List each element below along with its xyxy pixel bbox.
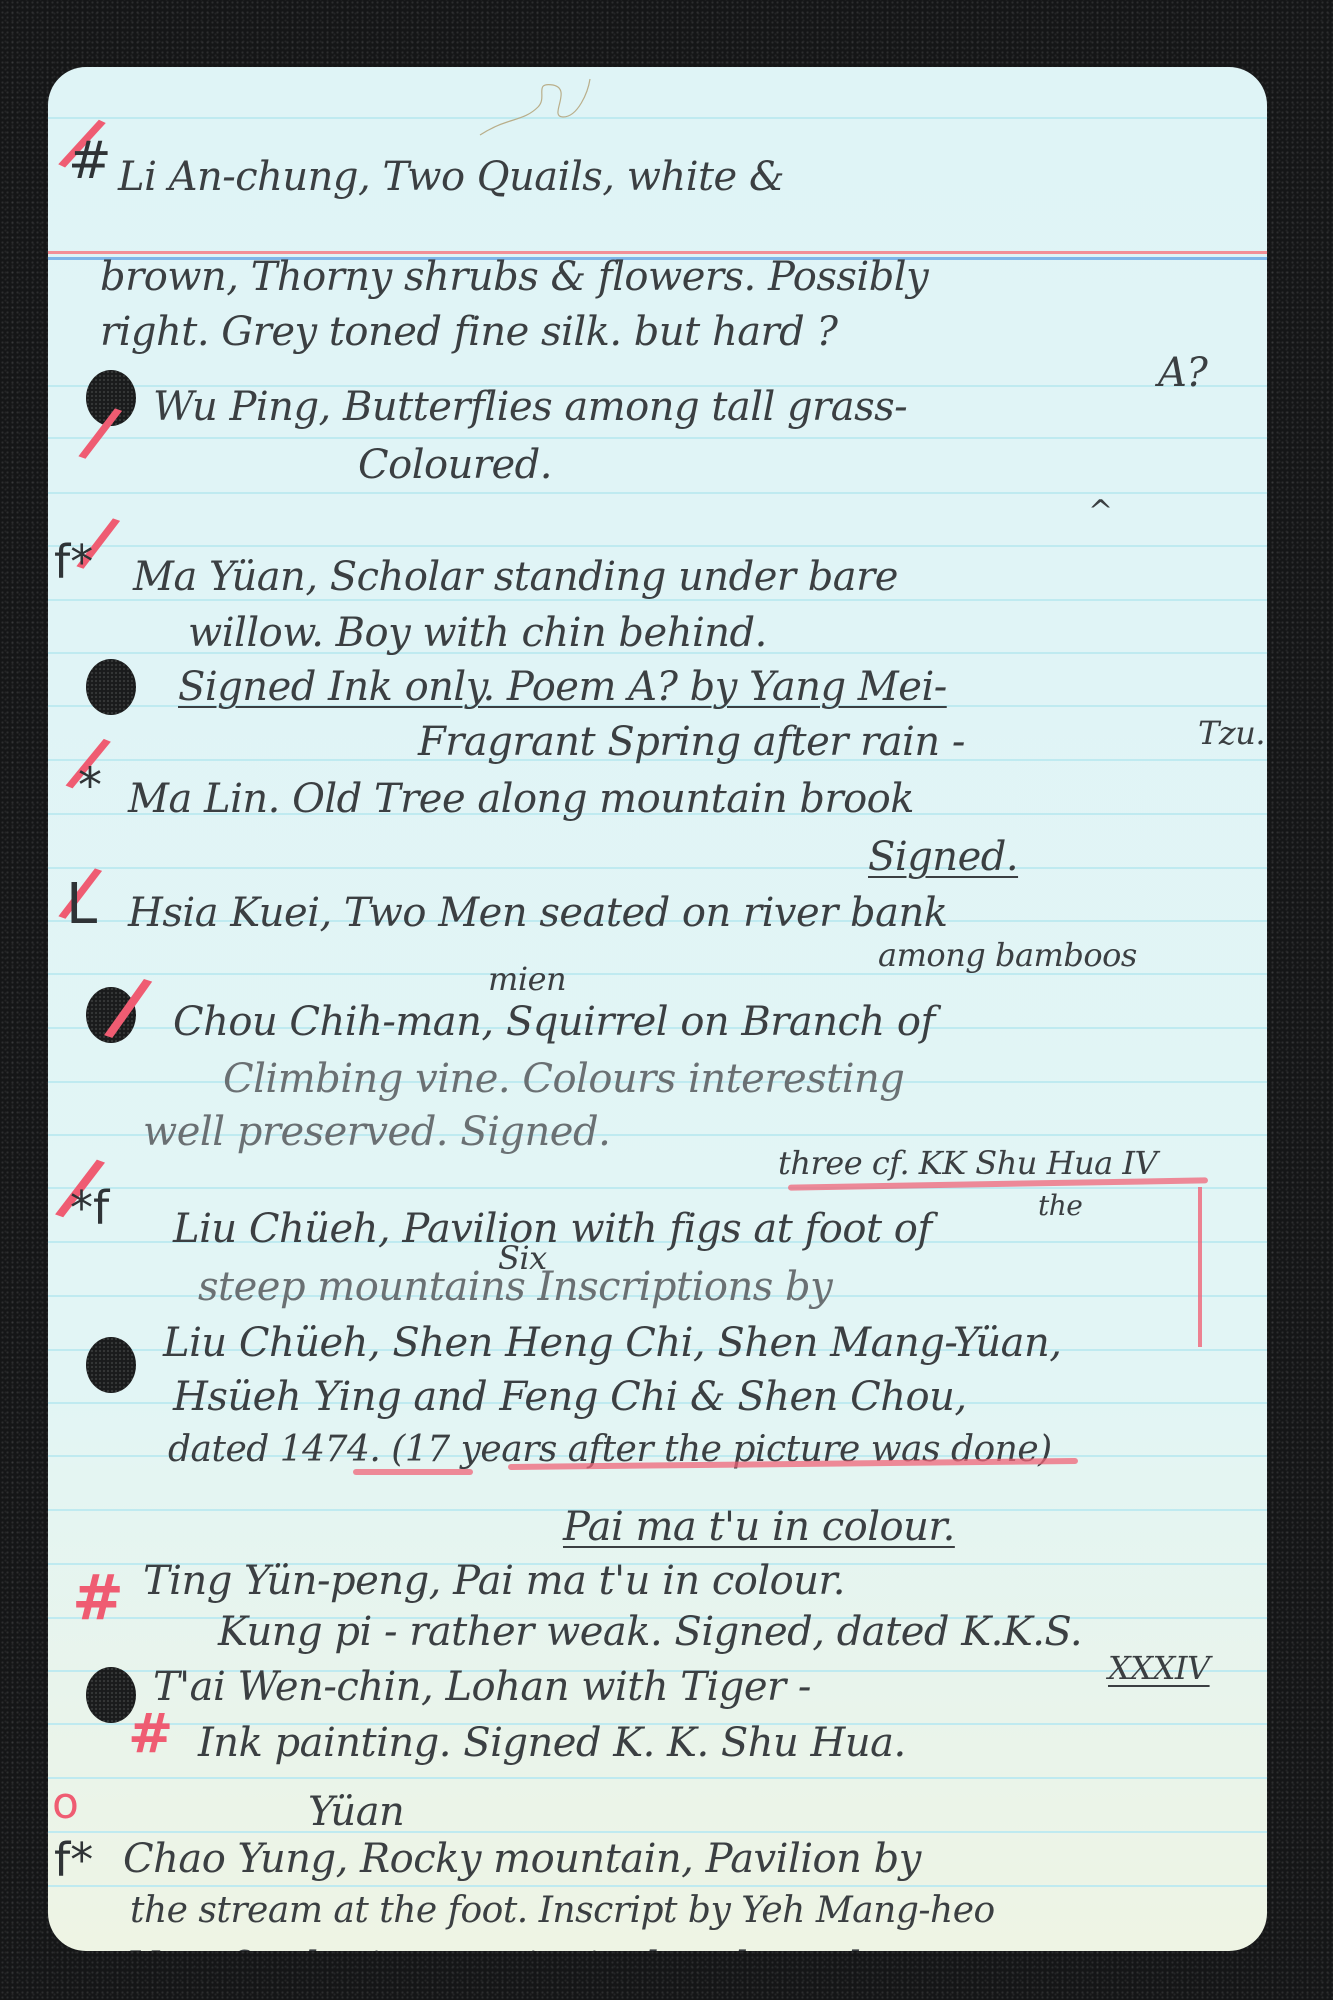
entry-line: Li An-chung, Two Quails, white &: [118, 157, 784, 197]
margin-bracket-mark: L: [66, 877, 97, 933]
red-hash-mark: #: [128, 1707, 173, 1761]
insertion-above: Fragrant Spring after rain -: [418, 722, 965, 762]
entry-line: steep mountains Inscriptions by: [198, 1267, 832, 1307]
red-underline: [353, 1469, 473, 1475]
rule-line: [48, 1777, 1267, 1779]
insertion-above: three cf. KK Shu Hua IV: [778, 1147, 1157, 1179]
entry-line: brown, Thorny shrubs & flowers. Possibly: [100, 257, 928, 297]
entry-line: Chou Chih-man, Squirrel on Branch of: [173, 1002, 935, 1042]
insertion-above: Yüan: [308, 1792, 404, 1832]
margin-star-mark: *f: [70, 1185, 109, 1231]
insertion-caret: ^: [1088, 497, 1113, 527]
red-hash-mark: #: [72, 1567, 124, 1629]
entry-line: among bamboos: [878, 939, 1137, 971]
entry-line: right. Grey toned fine silk. but hard ?: [100, 312, 837, 352]
insertion-above: the: [1038, 1192, 1082, 1220]
punch-hole: [86, 659, 136, 715]
rule-line: [48, 492, 1267, 494]
rule-line: [48, 545, 1267, 547]
entry-line: the stream at the foot. Inscript by Yeh …: [130, 1893, 995, 1929]
entry-line: Kung pi - rather weak. Signed, dated K.K…: [218, 1612, 1082, 1652]
entry-line: Liu Chüeh, Pavilion with figs at foot of: [173, 1209, 932, 1249]
entry-line: Very fresh - impressionist brush work ++: [128, 1947, 950, 1951]
red-margin-bracket: [1198, 1187, 1202, 1347]
rule-line: [48, 117, 1267, 119]
rule-line: [48, 437, 1267, 439]
entry-line: Ma Lin. Old Tree along mountain brook: [128, 779, 914, 819]
entry-line: Wu Ping, Butterflies among tall grass-: [153, 387, 907, 427]
stray-hair: [478, 77, 598, 147]
entry-line: XXXIV: [1108, 1652, 1210, 1684]
entry-line: Tzu.: [1198, 717, 1265, 749]
entry-line: Ink painting. Signed K. K. Shu Hua.: [198, 1723, 906, 1763]
rule-line: [48, 1885, 1267, 1887]
entry-line: Climbing vine. Colours interesting: [223, 1059, 904, 1099]
entry-line: Chao Yung, Rocky mountain, Pavilion by: [123, 1839, 921, 1879]
entry-line: Ting Yün-peng, Pai ma t'u in colour.: [143, 1561, 845, 1601]
margin-star-mark: f*: [54, 1837, 93, 1883]
rule-line: [48, 1187, 1267, 1189]
entry-line: Hsüeh Ying and Feng Chi & Shen Chou,: [173, 1377, 967, 1417]
entry-line: Signed.: [868, 837, 1018, 877]
entry-line: T'ai Wen-chin, Lohan with Tiger -: [153, 1667, 811, 1707]
note-card: / # Li An-chung, Two Quails, white & bro…: [48, 67, 1267, 1951]
margin-hash-mark: #: [68, 135, 112, 187]
insertion-above: mien: [488, 963, 566, 995]
entry-line: Liu Chüeh, Shen Heng Chi, Shen Mang-Yüan…: [163, 1323, 1061, 1363]
entry-line: Ma Yüan, Scholar standing under bare: [133, 557, 898, 597]
entry-line: Signed Ink only. Poem A? by Yang Mei-: [178, 667, 947, 707]
entry-line: Hsia Kuei, Two Men seated on river bank: [128, 893, 947, 933]
margin-star-mark: f*: [54, 539, 93, 585]
rule-line: [48, 1831, 1267, 1833]
red-circle-mark: o: [52, 1782, 79, 1826]
punch-hole: [86, 1337, 136, 1393]
red-check-mark: /: [77, 395, 125, 470]
rule-line: [48, 867, 1267, 869]
entry-line: Coloured.: [358, 445, 552, 485]
entry-line: well preserved. Signed.: [143, 1112, 610, 1152]
margin-star-mark: *: [78, 762, 102, 810]
entry-line: willow. Boy with chin behind.: [188, 613, 767, 653]
entry-line: A?: [1158, 353, 1207, 393]
insertion-above: Pai ma t'u in colour.: [563, 1507, 955, 1547]
